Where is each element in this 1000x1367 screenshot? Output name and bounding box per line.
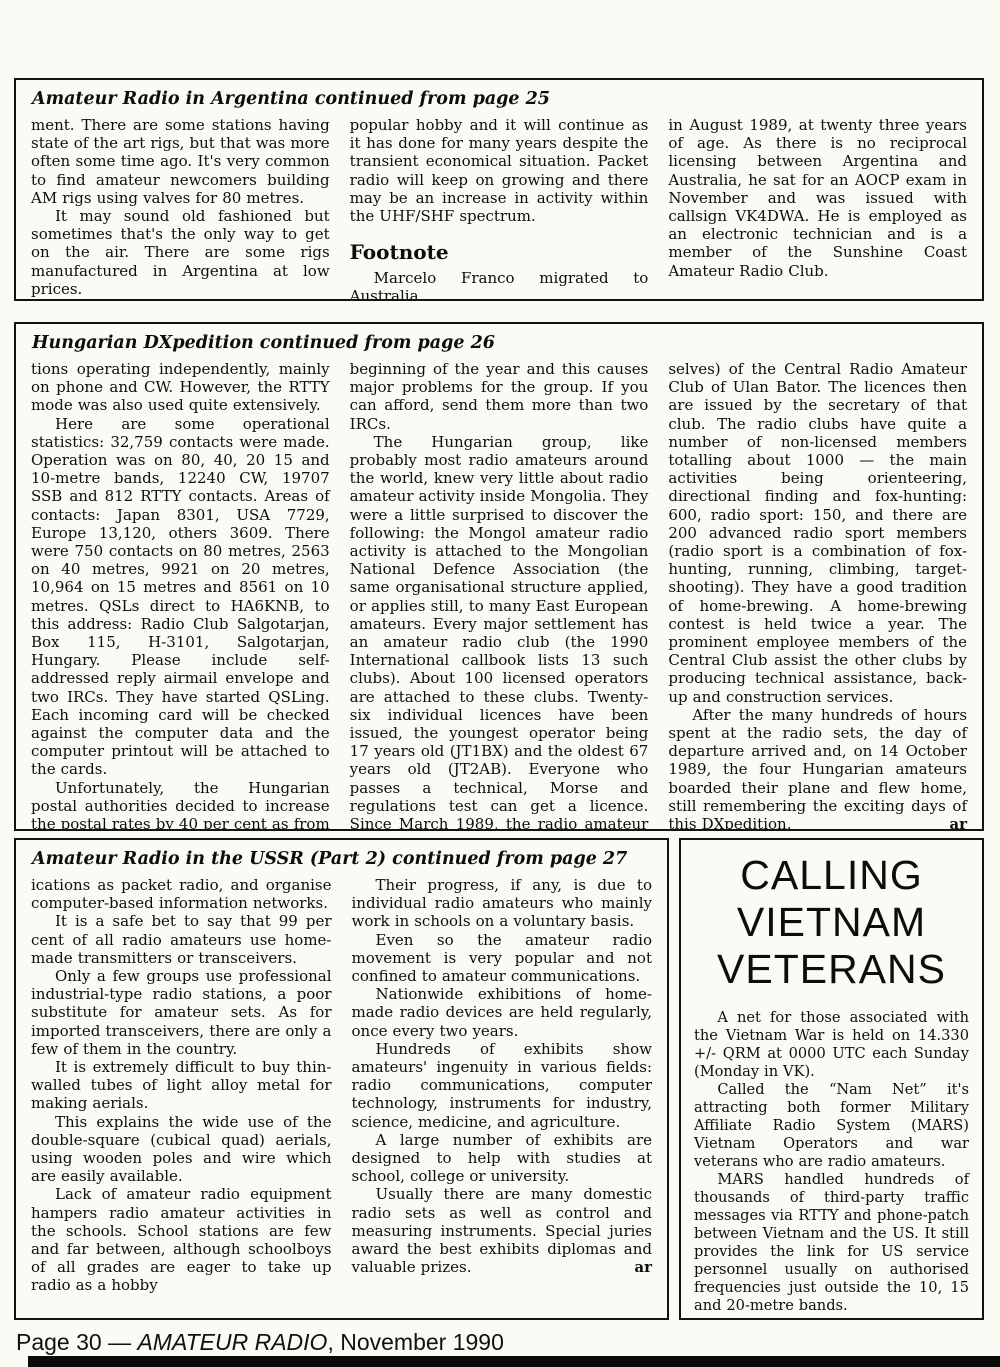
paragraph: Here are some operational statistics: 32… [31, 415, 330, 779]
paragraph: ications as packet radio, and organise c… [31, 876, 332, 912]
hungarian-column-2: beginning of the year and this causes ma… [350, 360, 649, 831]
paragraph: in August 1989, at twenty three years of… [668, 116, 967, 280]
magazine-name: AMATEUR RADIO [137, 1329, 327, 1355]
paragraph: Lack of amateur radio equipment hampers … [31, 1185, 332, 1294]
issue-date: , November 1990 [327, 1329, 503, 1355]
paragraph: Nationwide exhibitions of home-made radi… [352, 985, 653, 1040]
paragraph: Amateur radio in Argentina is a very [31, 298, 330, 301]
hungarian-column-3: selves) of the Central Radio Amateur Clu… [668, 360, 967, 831]
article-end-mark: ar [610, 1258, 652, 1276]
article-end-mark: ar [925, 815, 967, 831]
argentina-column-1: ment. There are some stations having sta… [31, 116, 330, 301]
page-footer: Page 30 — AMATEUR RADIO, November 1990 [16, 1329, 504, 1355]
paragraph: It may sound old fashioned but sometimes… [31, 207, 330, 298]
paragraph: The Hungarian group, like probably most … [350, 433, 649, 831]
footnote-paragraph: Marcelo Franco migrated to Australia [350, 269, 649, 301]
paragraph: Called the “Nam Net” it's attracting bot… [694, 1081, 969, 1171]
article-end-mark: ar [681, 1317, 982, 1320]
bottom-rule-bar [28, 1356, 1000, 1367]
ussr-article-heading: Amateur Radio in the USSR (Part 2) conti… [16, 840, 667, 872]
paragraph: tions operating independently, mainly on… [31, 360, 330, 415]
paragraph: Their progress, if any, is due to indivi… [352, 876, 653, 931]
ussr-column-2: Their progress, if any, is due to indivi… [352, 876, 653, 1295]
paragraph-text: After the many hundreds of hours spent a… [668, 706, 967, 831]
vietnam-body: A net for those associated with the Viet… [681, 993, 982, 1315]
hungarian-column-1: tions operating independently, mainly on… [31, 360, 330, 831]
argentina-columns: ment. There are some stations having sta… [16, 112, 982, 301]
hungarian-article-box: Hungarian DXpedition continued from page… [14, 322, 984, 831]
paragraph: After the many hundreds of hours spent a… [668, 706, 967, 831]
vietnam-title: CALLING VIETNAM VETERANS [681, 852, 982, 993]
argentina-column-3: in August 1989, at twenty three years of… [668, 116, 967, 301]
paragraph: popular hobby and it will continue as it… [350, 116, 649, 225]
paragraph: Hundreds of exhibits show amateurs' inge… [352, 1040, 653, 1131]
hungarian-columns: tions operating independently, mainly on… [16, 356, 982, 831]
ussr-column-1: ications as packet radio, and organise c… [31, 876, 332, 1295]
vietnam-veterans-box: CALLING VIETNAM VETERANS A net for those… [679, 838, 984, 1320]
argentina-article-heading: Amateur Radio in Argentina continued fro… [16, 80, 982, 112]
paragraph: A large number of exhibits are designed … [352, 1131, 653, 1186]
hungarian-article-heading: Hungarian DXpedition continued from page… [16, 324, 982, 356]
ussr-article-box: Amateur Radio in the USSR (Part 2) conti… [14, 838, 669, 1320]
paragraph: It is extremely difficult to buy thin-wa… [31, 1058, 332, 1113]
vietnam-title-line: CALLING [681, 852, 982, 899]
paragraph: selves) of the Central Radio Amateur Clu… [668, 360, 967, 706]
argentina-column-2: popular hobby and it will continue as it… [350, 116, 649, 301]
paragraph: beginning of the year and this causes ma… [350, 360, 649, 433]
paragraph: Unfortunately, the Hungarian postal auth… [31, 779, 330, 831]
paragraph: MARS handled hundreds of thousands of th… [694, 1171, 969, 1315]
vietnam-title-line: VIETNAM [681, 899, 982, 946]
paragraph: ment. There are some stations having sta… [31, 116, 330, 207]
paragraph: Usually there are many domestic radio se… [352, 1185, 653, 1276]
vietnam-title-line: VETERANS [681, 946, 982, 993]
page-number-label: Page 30 — [16, 1329, 137, 1355]
ussr-columns: ications as packet radio, and organise c… [16, 872, 667, 1295]
paragraph: This explains the wide use of the double… [31, 1113, 332, 1186]
footnote-heading: Footnote [350, 241, 649, 263]
paragraph-text: Usually there are many domestic radio se… [352, 1185, 653, 1276]
paragraph: Only a few groups use professional indus… [31, 967, 332, 1058]
paragraph: Even so the amateur radio movement is ve… [352, 931, 653, 986]
article-end-mark: ar [668, 294, 967, 301]
paragraph: A net for those associated with the Viet… [694, 1009, 969, 1081]
argentina-article-box: Amateur Radio in Argentina continued fro… [14, 78, 984, 301]
paragraph: It is a safe bet to say that 99 per cent… [31, 912, 332, 967]
